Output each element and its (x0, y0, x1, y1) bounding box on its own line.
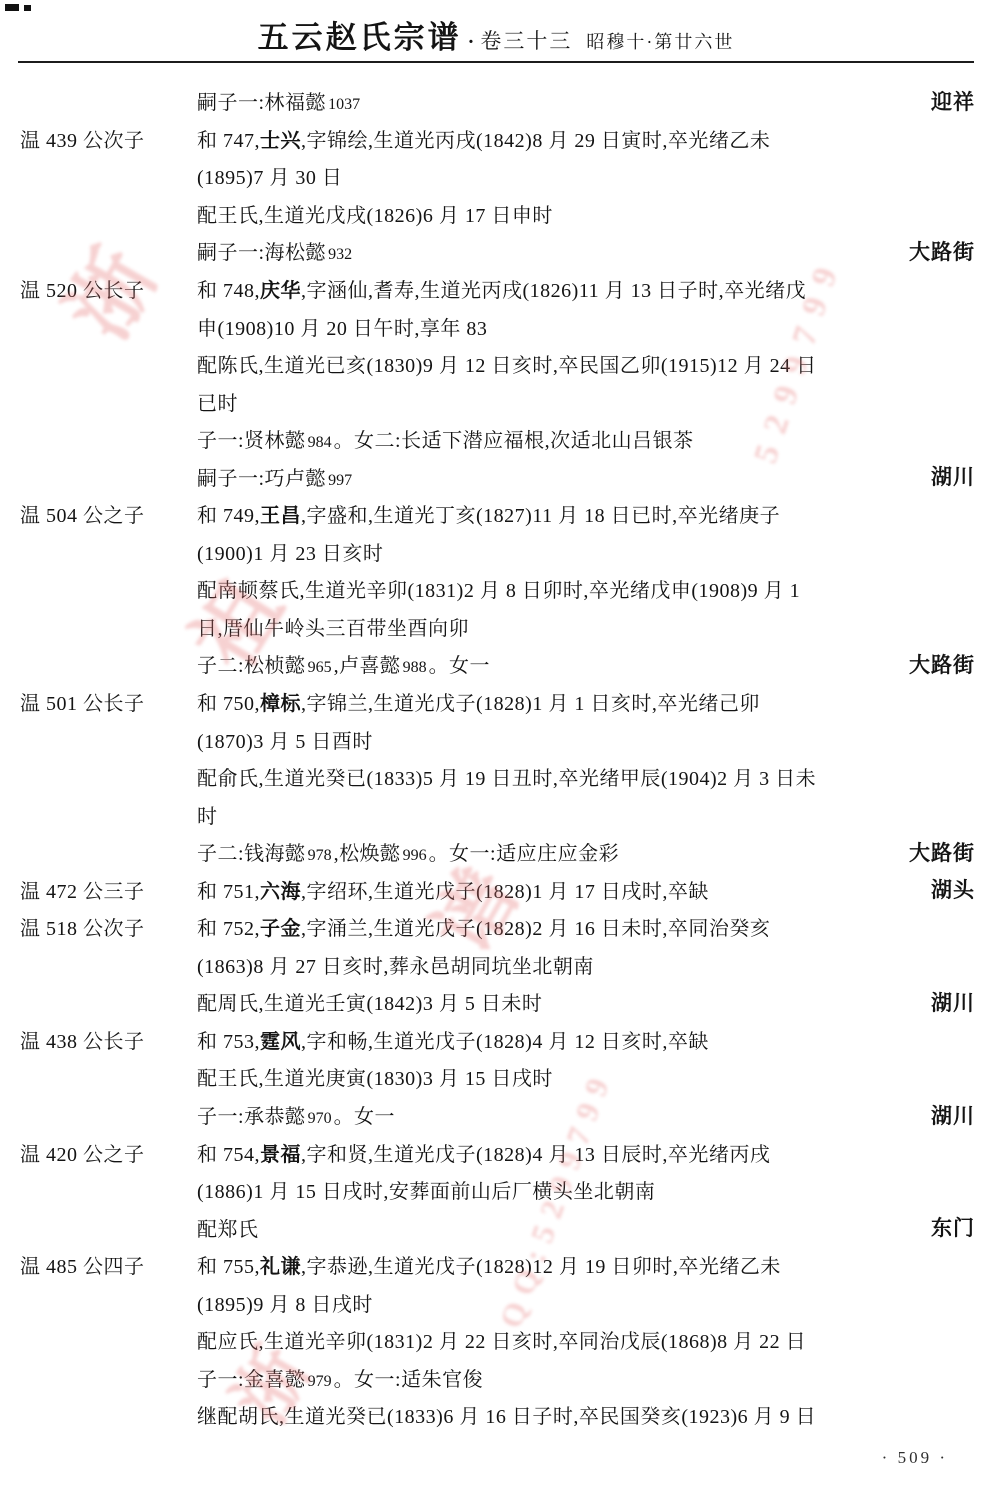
generation-label: 温 472 公三子 (20, 875, 197, 904)
entry-text: (1895)9 月 8 日戌时 (197, 1294, 373, 1316)
entry-line: 和 748,庆华,字涵仙,耆寿,生道光丙戌(1826)11 月 13 日子时,卒… (197, 274, 806, 303)
genealogy-row: 继配胡氏,生道光癸已(1833)6 月 16 日子时,卒民国癸亥(1923)6 … (20, 1396, 975, 1434)
genealogy-row: 子一:贤林懿984。女二:长适下潜应福根,次适北山吕银茶 (20, 420, 975, 458)
genealogy-page: 五云赵氏宗谱·卷三十三昭穆十·第廿六世 嗣子一:林福懿1037迎祥温 439 公… (0, 0, 992, 1512)
entry-line: 配南顿蔡氏,生道光辛卯(1831)2 月 8 日卯时,卒光绪戊申(1908)9 … (197, 574, 800, 603)
location-label: 大路街 (909, 236, 975, 266)
entry-line: (1900)1 月 23 日亥时 (197, 537, 383, 566)
entry-text: ,字涵仙,耆寿,生道光丙戌(1826)11 月 13 日子时,卒光绪戊 (301, 280, 806, 302)
person-name: 子金 (260, 918, 301, 940)
entry-line: 配应氏,生道光辛卯(1831)2 月 22 日亥时,卒同治戊辰(1868)8 月… (197, 1325, 806, 1354)
entry-line: 申(1908)10 月 20 日午时,享年 83 (197, 312, 487, 341)
person-name: 王昌 (260, 505, 301, 527)
entry-text: 子一:金喜懿 (197, 1369, 306, 1391)
entry-line: 已时 (197, 387, 238, 416)
entry-text: ,松焕懿 (334, 843, 401, 865)
generation-label: 温 438 公长子 (20, 1025, 197, 1054)
entry-line: 和 749,王昌,字盛和,生道光丁亥(1827)11 月 18 日已时,卒光绪庚… (197, 499, 780, 528)
location-label: 东门 (931, 1212, 975, 1242)
lineage-number: 965 (306, 659, 334, 676)
entry-text: ,字恭逊,生道光戊子(1828)12 月 19 日卯时,卒光绪乙未 (301, 1256, 781, 1278)
location-label: 大路街 (909, 837, 975, 867)
entry-line: 子二:钱海懿978,松焕懿996。女一:适应庄应金彩 (197, 837, 619, 866)
genealogy-row: (1863)8 月 27 日亥时,葬永邑胡同坑坐北朝南 (20, 946, 975, 984)
entry-line: (1895)7 月 30 日 (197, 161, 342, 190)
lineage-number: 997 (326, 472, 354, 489)
entry-text: 子二:钱海懿 (197, 843, 306, 865)
entry-text: 。女一 (334, 1106, 396, 1128)
entry-text: 配郑氏 (197, 1219, 259, 1241)
entry-line: 子二:松桢懿965,卢喜懿988。女一 (197, 649, 490, 678)
entry-line: 配俞氏,生道光癸已(1833)5 月 19 日丑时,卒光绪甲辰(1904)2 月… (197, 762, 816, 791)
entry-text: 嗣子一:林福懿 (197, 92, 326, 114)
genealogy-row: 温 501 公长子和 750,樟标,字锦兰,生道光戊子(1828)1 月 1 日… (20, 683, 975, 721)
entry-text: ,卢喜懿 (334, 655, 401, 677)
entry-text: 。女一 (429, 655, 491, 677)
entry-text: (1900)1 月 23 日亥时 (197, 543, 383, 565)
genealogy-row: 配南顿蔡氏,生道光辛卯(1831)2 月 8 日卯时,卒光绪戊申(1908)9 … (20, 570, 975, 608)
page-number: · 509 · (882, 1448, 948, 1468)
lineage-number: 978 (306, 847, 334, 864)
genealogy-row: (1895)9 月 8 日戌时 (20, 1284, 975, 1322)
entry-text: (1863)8 月 27 日亥时,葬永邑胡同坑坐北朝南 (197, 956, 594, 978)
entry-text: 子二:松桢懿 (197, 655, 306, 677)
genealogy-row: 日,厝仙牛岭头三百带坐酉向卯 (20, 608, 975, 646)
entry-text: 配应氏,生道光辛卯(1831)2 月 22 日亥时,卒同治戊辰(1868)8 月… (197, 1331, 806, 1353)
entry-line: 和 750,樟标,字锦兰,生道光戊子(1828)1 月 1 日亥时,卒光绪己卯 (197, 687, 760, 716)
lineage-number: 979 (306, 1373, 334, 1390)
entry-line: (1870)3 月 5 日酉时 (197, 725, 373, 754)
generation-label: 温 439 公次子 (20, 124, 197, 153)
entry-text: 配南顿蔡氏,生道光辛卯(1831)2 月 8 日卯时,卒光绪戊申(1908)9 … (197, 580, 800, 602)
entry-line: 和 751,六海,字绍环,生道光戊子(1828)1 月 17 日戌时,卒缺 (197, 875, 709, 904)
entry-line: 和 754,景福,字和贤,生道光戊子(1828)4 月 13 日辰时,卒光绪丙戌 (197, 1138, 770, 1167)
entry-text: 继配胡氏,生道光癸已(1833)6 月 16 日子时,卒民国癸亥(1923)6 … (197, 1406, 816, 1428)
genealogy-row: 已时 (20, 382, 975, 420)
person-name: 景福 (260, 1144, 301, 1166)
entry-line: 配周氏,生道光壬寅(1842)3 月 5 日未时 (197, 987, 542, 1016)
genealogy-row: 配俞氏,生道光癸已(1833)5 月 19 日丑时,卒光绪甲辰(1904)2 月… (20, 758, 975, 796)
location-label: 湖川 (931, 987, 975, 1017)
genealogy-row: 嗣子一:海松懿932大路街 (20, 232, 975, 270)
genealogy-row: 温 520 公长子和 748,庆华,字涵仙,耆寿,生道光丙戌(1826)11 月… (20, 270, 975, 308)
entry-text: (1870)3 月 5 日酉时 (197, 731, 373, 753)
entry-text: 和 749, (197, 505, 260, 527)
entry-text: 和 755, (197, 1256, 260, 1278)
scan-artifact (5, 4, 19, 11)
entry-line: 时 (197, 800, 218, 829)
entry-line: 子一:贤林懿984。女二:长适下潜应福根,次适北山吕银茶 (197, 424, 694, 453)
entry-line: 配王氏,生道光戊戌(1826)6 月 17 日申时 (197, 199, 553, 228)
genealogy-row: 温 438 公长子和 753,霆风,字和畅,生道光戊子(1828)4 月 12 … (20, 1021, 975, 1059)
genealogy-row: 温 420 公之子和 754,景福,字和贤,生道光戊子(1828)4 月 13 … (20, 1133, 975, 1171)
lineage-number: 996 (401, 847, 429, 864)
entry-line: 继配胡氏,生道光癸已(1833)6 月 16 日子时,卒民国癸亥(1923)6 … (197, 1400, 816, 1429)
entry-text: 嗣子一:海松懿 (197, 242, 326, 264)
genealogy-row: 子一:承恭懿970。女一湖川 (20, 1096, 975, 1134)
location-label: 湖头 (931, 874, 975, 904)
generation-label: 温 504 公之子 (20, 499, 197, 528)
person-name: 庆华 (260, 280, 301, 302)
generation-section-label: 昭穆十·第廿六世 (572, 32, 734, 52)
generation-label: 温 420 公之子 (20, 1138, 197, 1167)
entry-line: 嗣子一:海松懿932 (197, 236, 354, 265)
person-name: 六海 (260, 881, 301, 903)
entry-text: 。女一:适应庄应金彩 (429, 843, 620, 865)
genealogy-row: 时 (20, 795, 975, 833)
location-label: 大路街 (909, 649, 975, 679)
person-name: 礼谦 (260, 1256, 301, 1278)
person-name: 士兴 (260, 130, 301, 152)
genealogy-row: (1895)7 月 30 日 (20, 157, 975, 195)
genealogy-row: 温 504 公之子和 749,王昌,字盛和,生道光丁亥(1827)11 月 18… (20, 495, 975, 533)
entry-text: 申(1908)10 月 20 日午时,享年 83 (197, 318, 487, 340)
generation-label: 温 518 公次子 (20, 912, 197, 941)
entry-text: 配陈氏,生道光已亥(1830)9 月 12 日亥时,卒民国乙卯(1915)12 … (197, 355, 817, 377)
entry-line: 嗣子一:林福懿1037 (197, 86, 362, 115)
entry-text: 和 751, (197, 881, 260, 903)
genealogy-row: 配应氏,生道光辛卯(1831)2 月 22 日亥时,卒同治戊辰(1868)8 月… (20, 1321, 975, 1359)
entry-line: (1863)8 月 27 日亥时,葬永邑胡同坑坐北朝南 (197, 950, 594, 979)
entry-text: ,字锦绘,生道光丙戌(1842)8 月 29 日寅时,卒光绪乙未 (301, 130, 770, 152)
entry-line: 配王氏,生道光庚寅(1830)3 月 15 日戌时 (197, 1062, 553, 1091)
entry-text: 子一:贤林懿 (197, 430, 306, 452)
genealogy-row: 配周氏,生道光壬寅(1842)3 月 5 日未时湖川 (20, 983, 975, 1021)
genealogy-row: 嗣子一:巧卢懿997湖川 (20, 457, 975, 495)
entry-text: 配周氏,生道光壬寅(1842)3 月 5 日未时 (197, 993, 542, 1015)
person-name: 樟标 (260, 693, 301, 715)
location-label: 湖川 (931, 461, 975, 491)
genealogy-row: 温 518 公次子和 752,子金,字涌兰,生道光戊子(1828)2 月 16 … (20, 908, 975, 946)
genealogy-row: (1870)3 月 5 日酉时 (20, 720, 975, 758)
genealogy-row: 配王氏,生道光庚寅(1830)3 月 15 日戌时 (20, 1058, 975, 1096)
entry-text: 已时 (197, 393, 238, 415)
volume-label: 卷三十三 (480, 29, 572, 53)
entry-text: ,字和贤,生道光戊子(1828)4 月 13 日辰时,卒光绪丙戌 (301, 1144, 770, 1166)
entry-line: 和 747,士兴,字锦绘,生道光丙戌(1842)8 月 29 日寅时,卒光绪乙未 (197, 124, 770, 153)
entry-line: 和 753,霆风,字和畅,生道光戊子(1828)4 月 12 日亥时,卒缺 (197, 1025, 709, 1054)
entry-line: 嗣子一:巧卢懿997 (197, 462, 354, 491)
lineage-number: 984 (306, 434, 334, 451)
entry-text: (1886)1 月 15 日戌时,安葬面前山后厂横头坐北朝南 (197, 1181, 655, 1203)
lineage-number: 1037 (326, 96, 362, 113)
genealogy-row: 子一:金喜懿979。女一:适朱官俊 (20, 1359, 975, 1397)
entry-text: (1895)7 月 30 日 (197, 167, 342, 189)
entry-text: 和 748, (197, 280, 260, 302)
genealogy-entries: 嗣子一:林福懿1037迎祥温 439 公次子和 747,士兴,字锦绘,生道光丙戌… (20, 82, 975, 1434)
title-separator-dot: · (462, 31, 481, 53)
generation-label: 温 501 公长子 (20, 687, 197, 716)
genealogy-row: 配陈氏,生道光已亥(1830)9 月 12 日亥时,卒民国乙卯(1915)12 … (20, 345, 975, 383)
scan-artifact (24, 5, 31, 11)
page-header: 五云赵氏宗谱·卷三十三昭穆十·第廿六世 (0, 12, 992, 57)
entry-text: 和 752, (197, 918, 260, 940)
entry-text: 嗣子一:巧卢懿 (197, 468, 326, 490)
entry-text: ,字涌兰,生道光戊子(1828)2 月 16 日未时,卒同治癸亥 (301, 918, 770, 940)
location-label: 迎祥 (931, 86, 975, 116)
entry-line: 日,厝仙牛岭头三百带坐酉向卯 (197, 612, 469, 641)
entry-line: 配郑氏 (197, 1213, 259, 1242)
entry-text: 和 753, (197, 1031, 260, 1053)
entry-line: 和 755,礼谦,字恭逊,生道光戊子(1828)12 月 19 日卯时,卒光绪乙… (197, 1250, 781, 1279)
header-divider (18, 61, 974, 63)
lineage-number: 970 (306, 1110, 334, 1127)
entry-line: 和 752,子金,字涌兰,生道光戊子(1828)2 月 16 日未时,卒同治癸亥 (197, 912, 770, 941)
entry-line: 子一:金喜懿979。女一:适朱官俊 (197, 1363, 483, 1392)
entry-text: 时 (197, 806, 218, 828)
genealogy-row: 嗣子一:林福懿1037迎祥 (20, 82, 975, 120)
genealogy-row: 温 472 公三子和 751,六海,字绍环,生道光戊子(1828)1 月 17 … (20, 870, 975, 908)
genealogy-row: 温 439 公次子和 747,士兴,字锦绘,生道光丙戌(1842)8 月 29 … (20, 120, 975, 158)
entry-text: 。女一:适朱官俊 (334, 1369, 484, 1391)
genealogy-row: (1886)1 月 15 日戌时,安葬面前山后厂横头坐北朝南 (20, 1171, 975, 1209)
genealogy-row: 申(1908)10 月 20 日午时,享年 83 (20, 307, 975, 345)
generation-label: 温 520 公长子 (20, 274, 197, 303)
entry-text: 和 750, (197, 693, 260, 715)
genealogy-row: 子二:松桢懿965,卢喜懿988。女一大路街 (20, 645, 975, 683)
entry-text: 和 754, (197, 1144, 260, 1166)
entry-line: 配陈氏,生道光已亥(1830)9 月 12 日亥时,卒民国乙卯(1915)12 … (197, 349, 817, 378)
lineage-number: 932 (326, 246, 354, 263)
book-title: 五云赵氏宗谱 (258, 20, 462, 55)
genealogy-row: (1900)1 月 23 日亥时 (20, 533, 975, 571)
entry-text: 日,厝仙牛岭头三百带坐酉向卯 (197, 618, 469, 640)
entry-text: 配俞氏,生道光癸已(1833)5 月 19 日丑时,卒光绪甲辰(1904)2 月… (197, 768, 816, 790)
entry-text: 配王氏,生道光庚寅(1830)3 月 15 日戌时 (197, 1068, 553, 1090)
entry-text: ,字盛和,生道光丁亥(1827)11 月 18 日已时,卒光绪庚子 (301, 505, 780, 527)
lineage-number: 988 (401, 659, 429, 676)
entry-text: 子一:承恭懿 (197, 1106, 306, 1128)
entry-line: 子一:承恭懿970。女一 (197, 1100, 395, 1129)
entry-line: (1886)1 月 15 日戌时,安葬面前山后厂横头坐北朝南 (197, 1175, 655, 1204)
entry-text: ,字和畅,生道光戊子(1828)4 月 12 日亥时,卒缺 (301, 1031, 709, 1053)
genealogy-row: 配王氏,生道光戊戌(1826)6 月 17 日申时 (20, 195, 975, 233)
genealogy-row: 配郑氏东门 (20, 1208, 975, 1246)
genealogy-row: 子二:钱海懿978,松焕懿996。女一:适应庄应金彩大路街 (20, 833, 975, 871)
generation-label: 温 485 公四子 (20, 1250, 197, 1279)
person-name: 霆风 (260, 1031, 301, 1053)
entry-text: 。女二:长适下潜应福根,次适北山吕银茶 (334, 430, 694, 452)
entry-text: ,字锦兰,生道光戊子(1828)1 月 1 日亥时,卒光绪己卯 (301, 693, 760, 715)
entry-line: (1895)9 月 8 日戌时 (197, 1288, 373, 1317)
entry-text: 和 747, (197, 130, 260, 152)
entry-text: 配王氏,生道光戊戌(1826)6 月 17 日申时 (197, 205, 553, 227)
genealogy-row: 温 485 公四子和 755,礼谦,字恭逊,生道光戊子(1828)12 月 19… (20, 1246, 975, 1284)
entry-text: ,字绍环,生道光戊子(1828)1 月 17 日戌时,卒缺 (301, 881, 709, 903)
location-label: 湖川 (931, 1100, 975, 1130)
